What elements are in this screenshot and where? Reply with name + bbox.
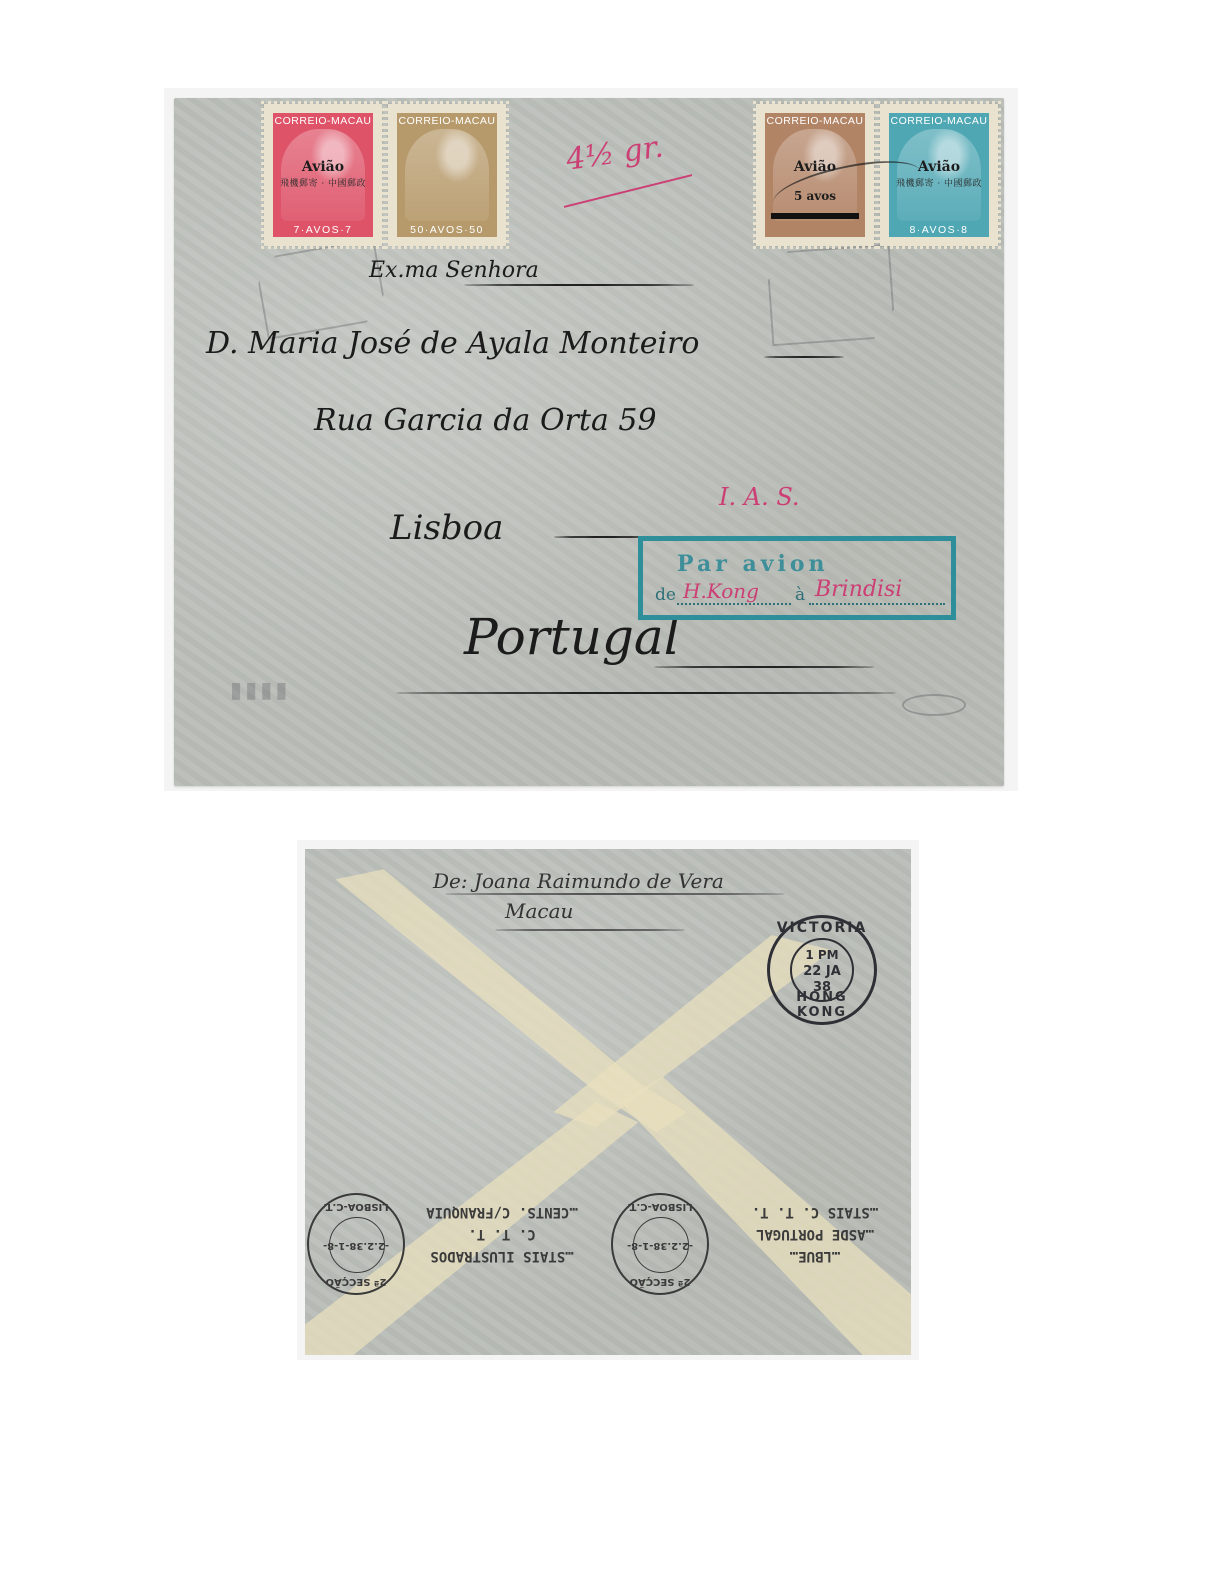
faint-handstamp: ▮▮▮▮: [230, 678, 290, 703]
slogan-line: …STAIS ILUSTRADOS: [407, 1245, 597, 1267]
airmail-to-dotted-line: [809, 603, 945, 605]
sender-name: De: Joana Raimundo de Vera: [433, 869, 724, 893]
airmail-label: Par avion de à H.Kong Brindisi: [638, 536, 956, 620]
airmail-from-label: de: [655, 585, 676, 605]
slogan-line: C. T. T.: [407, 1223, 597, 1245]
lisboa-postmark: 2ª SECÇÃO -2.2.38-1-8- LISBOA-C.T.: [611, 1193, 709, 1295]
postmark-bottom-text: LISBOA-C.T.: [309, 1201, 403, 1212]
postmark-cancel-right: [766, 244, 896, 346]
slogan-cancel: …LBUE… …ASDE PORTUGAL …STAIS C. T. T.: [725, 1201, 905, 1267]
stamp-7-avos-aviao: CORREIO-MACAU Avião 飛機郵寄 · 中國郵政 7·AVOS·7: [264, 104, 382, 246]
address-addressee: D. Maria José de Ayala Monteiro: [206, 326, 700, 361]
stamp-50-avos: CORREIO-MACAU 50·AVOS·50: [388, 104, 506, 246]
airmail-from-dotted-line: [677, 603, 791, 605]
postmark-top-text: 2ª SECÇÃO: [613, 1276, 707, 1287]
stamp-chinese-overprint: 飛機郵寄 · 中國郵政: [277, 179, 369, 189]
postmark-top-text: VICTORIA: [770, 920, 874, 936]
postmark-cancel-left: [254, 238, 388, 340]
airmail-label-title: Par avion: [677, 551, 829, 577]
airmail-to-value: Brindisi: [815, 577, 902, 602]
postmark-bottom-text: HONG KONG: [770, 990, 874, 1020]
slogan-line: …STAIS C. T. T.: [725, 1201, 905, 1223]
envelope-front: CORREIO-MACAU Avião 飛機郵寄 · 中國郵政 7·AVOS·7…: [174, 98, 1004, 786]
country-flourish: [654, 666, 874, 668]
address-street: Rua Garcia da Orta 59: [314, 403, 657, 438]
stamp-overprint: Avião: [273, 159, 373, 175]
envelope-back: De: Joana Raimundo de Vera Macau VICTORI…: [305, 849, 911, 1355]
slogan-cancel: …STAIS ILUSTRADOS C. T. T. …CENTS. C/FRA…: [407, 1201, 597, 1267]
postmark-top-text: 2ª SECÇÃO: [309, 1276, 403, 1287]
slogan-line: …ASDE PORTUGAL: [725, 1223, 905, 1245]
stamp-country-label: CORREIO-MACAU: [765, 115, 865, 127]
airmail-from-value: H.Kong: [683, 579, 759, 603]
postage-weight-note: 4½ gr.: [564, 129, 665, 177]
stamp-figure: [281, 129, 365, 221]
airmail-to-label: à: [795, 585, 805, 605]
victoria-hong-kong-postmark: VICTORIA 1 PM 22 JA 38 HONG KONG: [767, 915, 877, 1025]
stamp-obliterating-bar: [771, 213, 859, 219]
stamp-value-label: 8·AVOS·8: [889, 224, 989, 236]
slogan-line: …LBUE…: [725, 1245, 905, 1267]
stamp-country-label: CORREIO-MACAU: [397, 115, 497, 127]
stamp-country-label: CORREIO-MACAU: [273, 115, 373, 127]
stamp-value-label: 7·AVOS·7: [273, 224, 373, 236]
addressee-flourish: [764, 356, 844, 358]
postmark-date: -2.2.38-1-8-: [613, 1240, 707, 1251]
slogan-line: …CENTS. C/FRANQUIA: [407, 1201, 597, 1223]
postmark-bottom-text: LISBOA-C.T.: [613, 1201, 707, 1212]
postmark-date: 22 JA: [770, 964, 874, 979]
salutation-underline: [464, 284, 694, 286]
stamp-design: CORREIO-MACAU 50·AVOS·50: [397, 113, 497, 237]
sender-underline: [445, 893, 785, 895]
country-underline: [396, 692, 896, 694]
stamp-value-label: 50·AVOS·50: [397, 224, 497, 236]
stamp-design: CORREIO-MACAU Avião 飛機郵寄 · 中國郵政 7·AVOS·7: [273, 113, 373, 237]
sender-city-underline: [495, 929, 685, 931]
red-initials: I. A. S.: [719, 483, 800, 511]
postmark-time: 1 PM: [770, 948, 874, 962]
address-city: Lisboa: [390, 508, 503, 548]
address-salutation: Ex.ma Senhora: [369, 258, 539, 283]
lisboa-postmark: 2ª SECÇÃO -2.2.38-1-8- LISBOA-C.T.: [307, 1193, 405, 1295]
stamp-country-label: CORREIO-MACAU: [889, 115, 989, 127]
postage-note-underline: [564, 174, 693, 208]
faint-oval-handstamp: [902, 694, 966, 716]
sender-city: Macau: [505, 899, 573, 923]
stamp-figure: [405, 129, 489, 221]
postmark-date: -2.2.38-1-8-: [309, 1240, 403, 1251]
